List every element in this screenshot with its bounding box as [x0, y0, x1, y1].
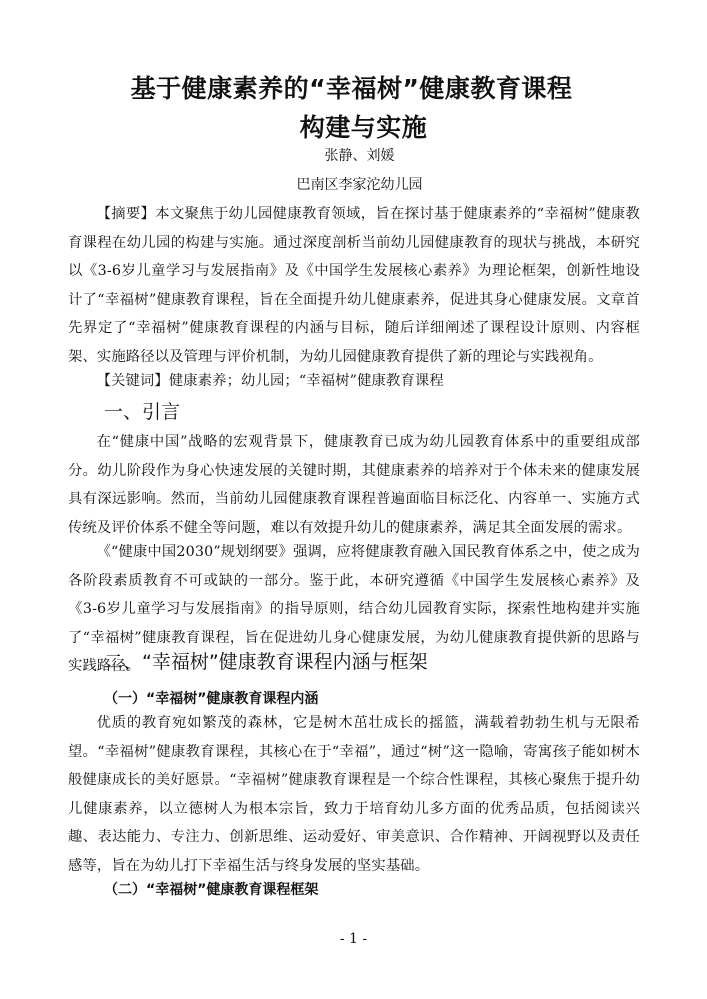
subsection-2-2-heading: （二）“幸福树”健康教育课程框架: [104, 880, 318, 900]
title-line-2: 构建与实施: [10, 112, 707, 144]
document-page: 基于健康素养的“幸福树”健康教育课程 构建与实施 张静、刘媛 巴南区李家沱幼儿园…: [0, 0, 707, 999]
affiliation: 巴南区李家沱幼儿园: [6, 176, 707, 194]
title-line-1: 基于健康素养的“幸福树”健康教育课程: [0, 73, 705, 105]
abstract-paragraph: 【摘要】本文聚焦于幼儿园健康教育领域，旨在探讨基于健康素养的“幸福树”健康教育课…: [68, 200, 640, 372]
page-number: - 1 -: [0, 930, 707, 948]
subsection-2-1-paragraph: 优质的教育宛如繁茂的森林，它是树木茁壮成长的摇篮，满载着勃勃生机与无限希望。“幸…: [68, 709, 640, 881]
section-1-heading: 一、引言: [104, 399, 180, 425]
keywords-paragraph: 【关键词】健康素养；幼儿园；“幸福树”健康教育课程: [68, 367, 640, 396]
section-2-heading: 二、“幸福树”健康教育课程内涵与框架: [104, 649, 428, 675]
section-1-paragraph-1: 在“健康中国”战略的宏观背景下，健康教育已成为幼儿园教育体系中的重要组成部分。幼…: [68, 428, 640, 542]
authors: 张静、刘媛: [6, 147, 707, 165]
subsection-2-1-heading: （一）“幸福树”健康教育课程内涵: [104, 689, 318, 709]
